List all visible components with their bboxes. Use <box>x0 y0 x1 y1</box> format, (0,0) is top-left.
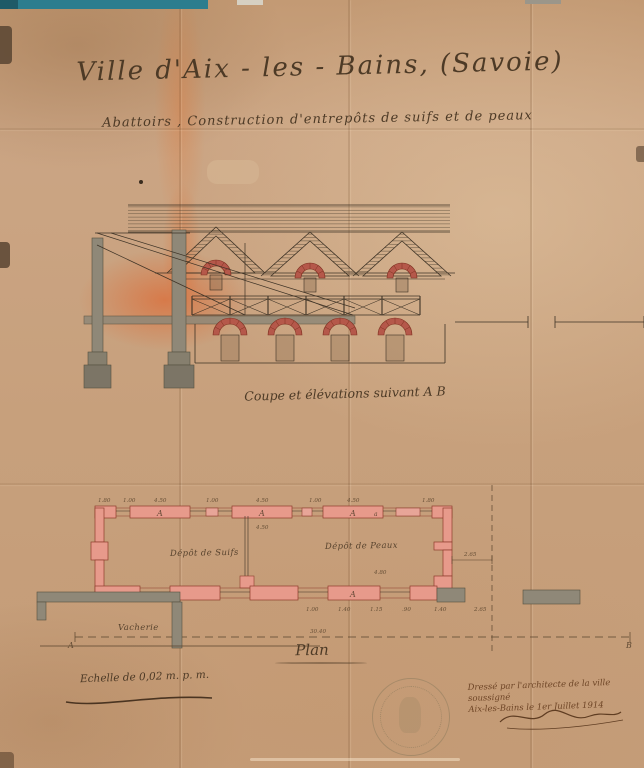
paper-edge-sliver-2 <box>525 0 561 4</box>
scale-note-flourish <box>62 688 232 708</box>
brick-arch <box>295 263 325 292</box>
dim-bottom: 1.40 <box>338 607 351 613</box>
right-boundary-walls <box>455 316 644 328</box>
dim-top: 1.00 <box>309 498 322 504</box>
pier-letter-bottom: A <box>349 590 356 599</box>
brick-arch <box>201 260 231 290</box>
room-label-left: Dépôt de Suifs <box>169 547 239 559</box>
brick-arch <box>387 263 417 292</box>
official-stamp <box>372 678 450 756</box>
dim-bottom: 1.40 <box>434 607 447 613</box>
dim-bottom: 1.15 <box>370 607 383 613</box>
background-strip-teal <box>0 0 208 9</box>
edge-stain-top-left <box>0 26 12 64</box>
pier-letter: A <box>349 509 356 518</box>
elevation-section-drawing <box>55 195 595 395</box>
dim-right-offset: 2.65 <box>463 552 477 558</box>
dim-top: 1.80 <box>98 498 111 504</box>
edge-stain-bottom-left <box>0 752 14 768</box>
paper-scrape-patch <box>207 160 259 184</box>
dim-top: 4.50 <box>346 498 360 504</box>
dim-bottom: .90 <box>402 607 411 613</box>
ink-speck <box>139 180 143 184</box>
section-marker-b: B <box>625 641 632 650</box>
plan-drawing: A A A a A A B Dépôt de Suifs Dépôt de Pe… <box>30 480 644 665</box>
edge-stain-left <box>0 242 10 268</box>
dim-room-right: 4.80 <box>373 570 387 576</box>
background-strip-teal-dark <box>0 0 18 9</box>
plan-caption-underline <box>275 662 367 664</box>
fold-highlight-bottom <box>250 758 460 761</box>
paper-edge-sliver-1 <box>237 0 263 5</box>
document-title: Ville d'Aix - les - Bains, (Savoie) <box>70 46 571 87</box>
scale-note: Echelle de 0,02 m. p. m. <box>80 669 209 685</box>
plan-side-walls <box>91 508 452 598</box>
dim-room-left: 4.50 <box>255 525 269 531</box>
room-label-right: Dépôt de Peaux <box>324 540 398 552</box>
annex-label: Vacherie <box>118 623 159 633</box>
plan-partition <box>240 516 254 588</box>
signature-squiggle <box>495 702 627 734</box>
plan-annex-walls <box>37 592 320 648</box>
ground-floor-arches <box>195 318 445 363</box>
dim-bottom: 2.65 <box>473 607 487 613</box>
plan-existing-wall-right <box>523 590 580 604</box>
pier-letter-small: a <box>374 511 378 518</box>
plan-top-wall <box>95 506 452 518</box>
dim-overall: 30.40 <box>310 629 326 635</box>
edge-stain-right <box>636 146 644 162</box>
pier-letter: A <box>156 509 163 518</box>
balustrade <box>192 296 420 315</box>
dim-top: 1.00 <box>123 498 136 504</box>
roof-hatched-band <box>128 205 450 232</box>
plan-caption: Plan <box>252 640 372 660</box>
pier-letter: A <box>258 509 265 518</box>
dim-top: 1.80 <box>422 498 435 504</box>
dim-top: 4.50 <box>153 498 167 504</box>
dim-top: 4.50 <box>255 498 269 504</box>
section-structure <box>84 230 355 388</box>
scanned-drawing-sheet: Ville d'Aix - les - Bains, (Savoie) Abat… <box>0 0 644 768</box>
dim-top: 1.00 <box>206 498 219 504</box>
dim-bottom: 1.00 <box>306 607 319 613</box>
section-marker-a: A <box>67 641 74 650</box>
